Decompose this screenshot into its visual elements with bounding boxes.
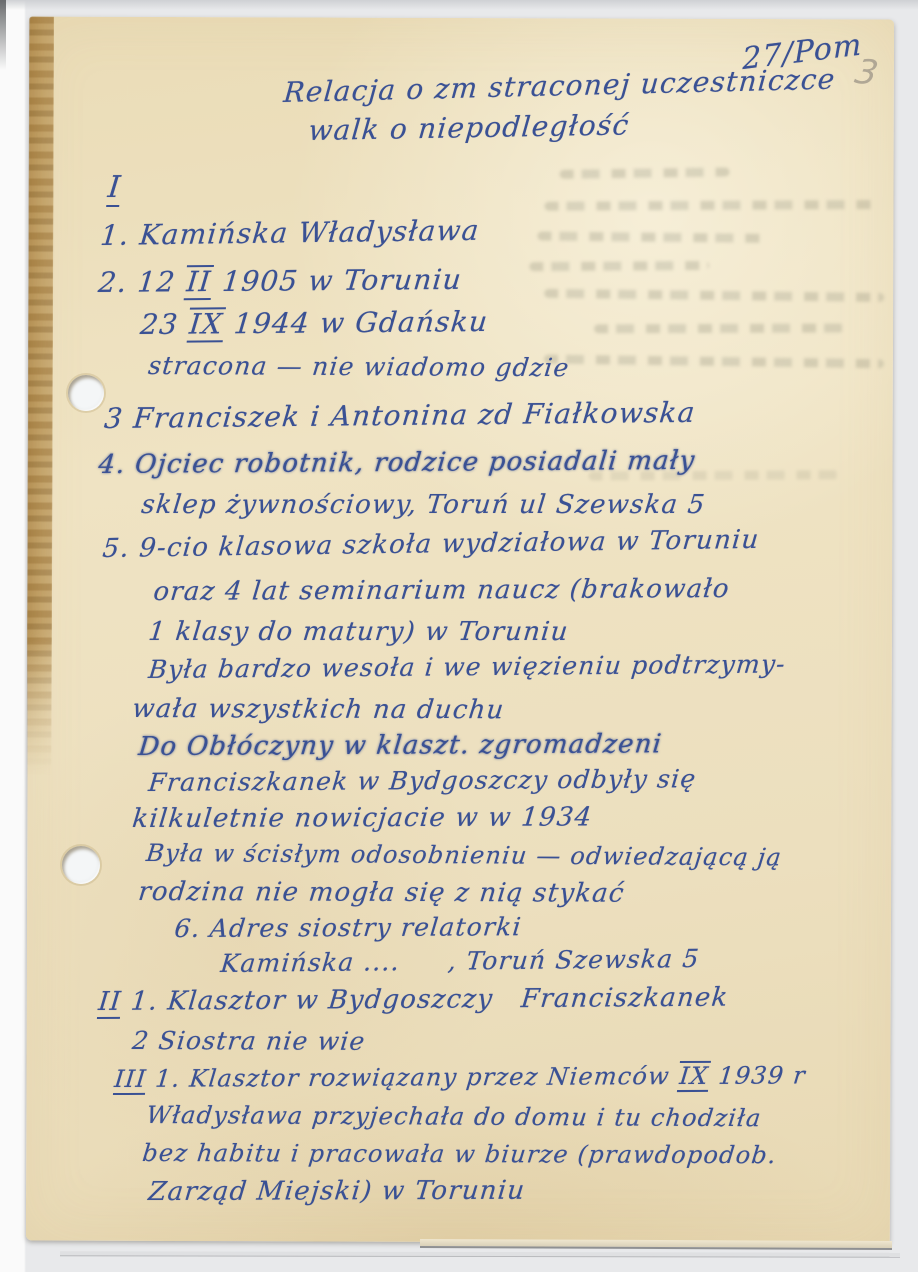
- section-II-line-1: II 1. Klasztor w BydgoszczyFranciszkanek: [97, 983, 730, 1019]
- line-seclusion-1: Była w ścisłym odosobnieniu — odwiedzają…: [145, 839, 784, 871]
- section-III-line-4: Zarząd Miejski) w Toruniu: [147, 1176, 527, 1207]
- section-marker-I: I: [106, 170, 123, 207]
- section-III-line-1: III 1. Klasztor rozwiązany przez Niemców…: [113, 1060, 808, 1095]
- line-convent-1: Do Obłóczyny w klaszt. zgromadzeni: [137, 729, 664, 762]
- line-name: 1. Kamińska Władysława: [99, 214, 481, 252]
- line-convent-3: kilkuletnie nowicjacie w w 1934: [131, 802, 594, 834]
- line-convent-2: Franciszkanek w Bydgoszczy odbyły się: [147, 764, 698, 797]
- title-line-1: Relacja o zm straconej uczestniczce: [282, 63, 836, 110]
- section-III-line-2: Władysława przyjechała do domu i tu chod…: [145, 1101, 763, 1132]
- line-character-1: Była bardzo wesoła i we więzieniu podtrz…: [147, 649, 787, 684]
- title-line-2: walk o niepodległość: [307, 108, 631, 147]
- line-executed: stracona — nie wiadomo gdzie: [147, 351, 571, 382]
- line-sister-address-1: 6. Adres siostry relatorki: [173, 912, 523, 943]
- handwriting-layer: 27/Pom3Relacja o zm straconej uczestnicz…: [0, 0, 918, 1272]
- line-birth-date: 2. 12 II 1905 w Toruniu: [97, 263, 464, 301]
- line-seclusion-2: rodzina nie mogła się z nią stykać: [137, 877, 627, 909]
- line-parents: 3 Franciszek i Antonina zd Fiałkowska: [103, 396, 697, 435]
- line-education-2: oraz 4 lat seminarium naucz (brakowało: [152, 574, 731, 607]
- section-II-line-2: 2 Siostra nie wie: [131, 1026, 367, 1056]
- line-character-2: wała wszystkich na duchu: [131, 694, 506, 725]
- line-education-1: 5. 9-cio klasowa szkoła wydziałowa w Tor…: [101, 525, 761, 564]
- line-shop: sklep żywnościowy, Toruń ul Szewska 5: [140, 490, 707, 520]
- section-III-line-3: bez habitu i pracowała w biurze (prawdop…: [141, 1139, 778, 1169]
- line-death-date: 23 IX 1944 w Gdańsku: [139, 305, 490, 343]
- line-father-occupation: 4. Ojciec robotnik, rodzice posiadali ma…: [97, 446, 697, 480]
- line-sister-address-2: Kamińska ...., Toruń Szewska 5: [219, 944, 701, 978]
- line-education-3: 1 klasy do matury) w Toruniu: [147, 617, 570, 647]
- scanner-background: 27/Pom3Relacja o zm straconej uczestnicz…: [0, 0, 918, 1272]
